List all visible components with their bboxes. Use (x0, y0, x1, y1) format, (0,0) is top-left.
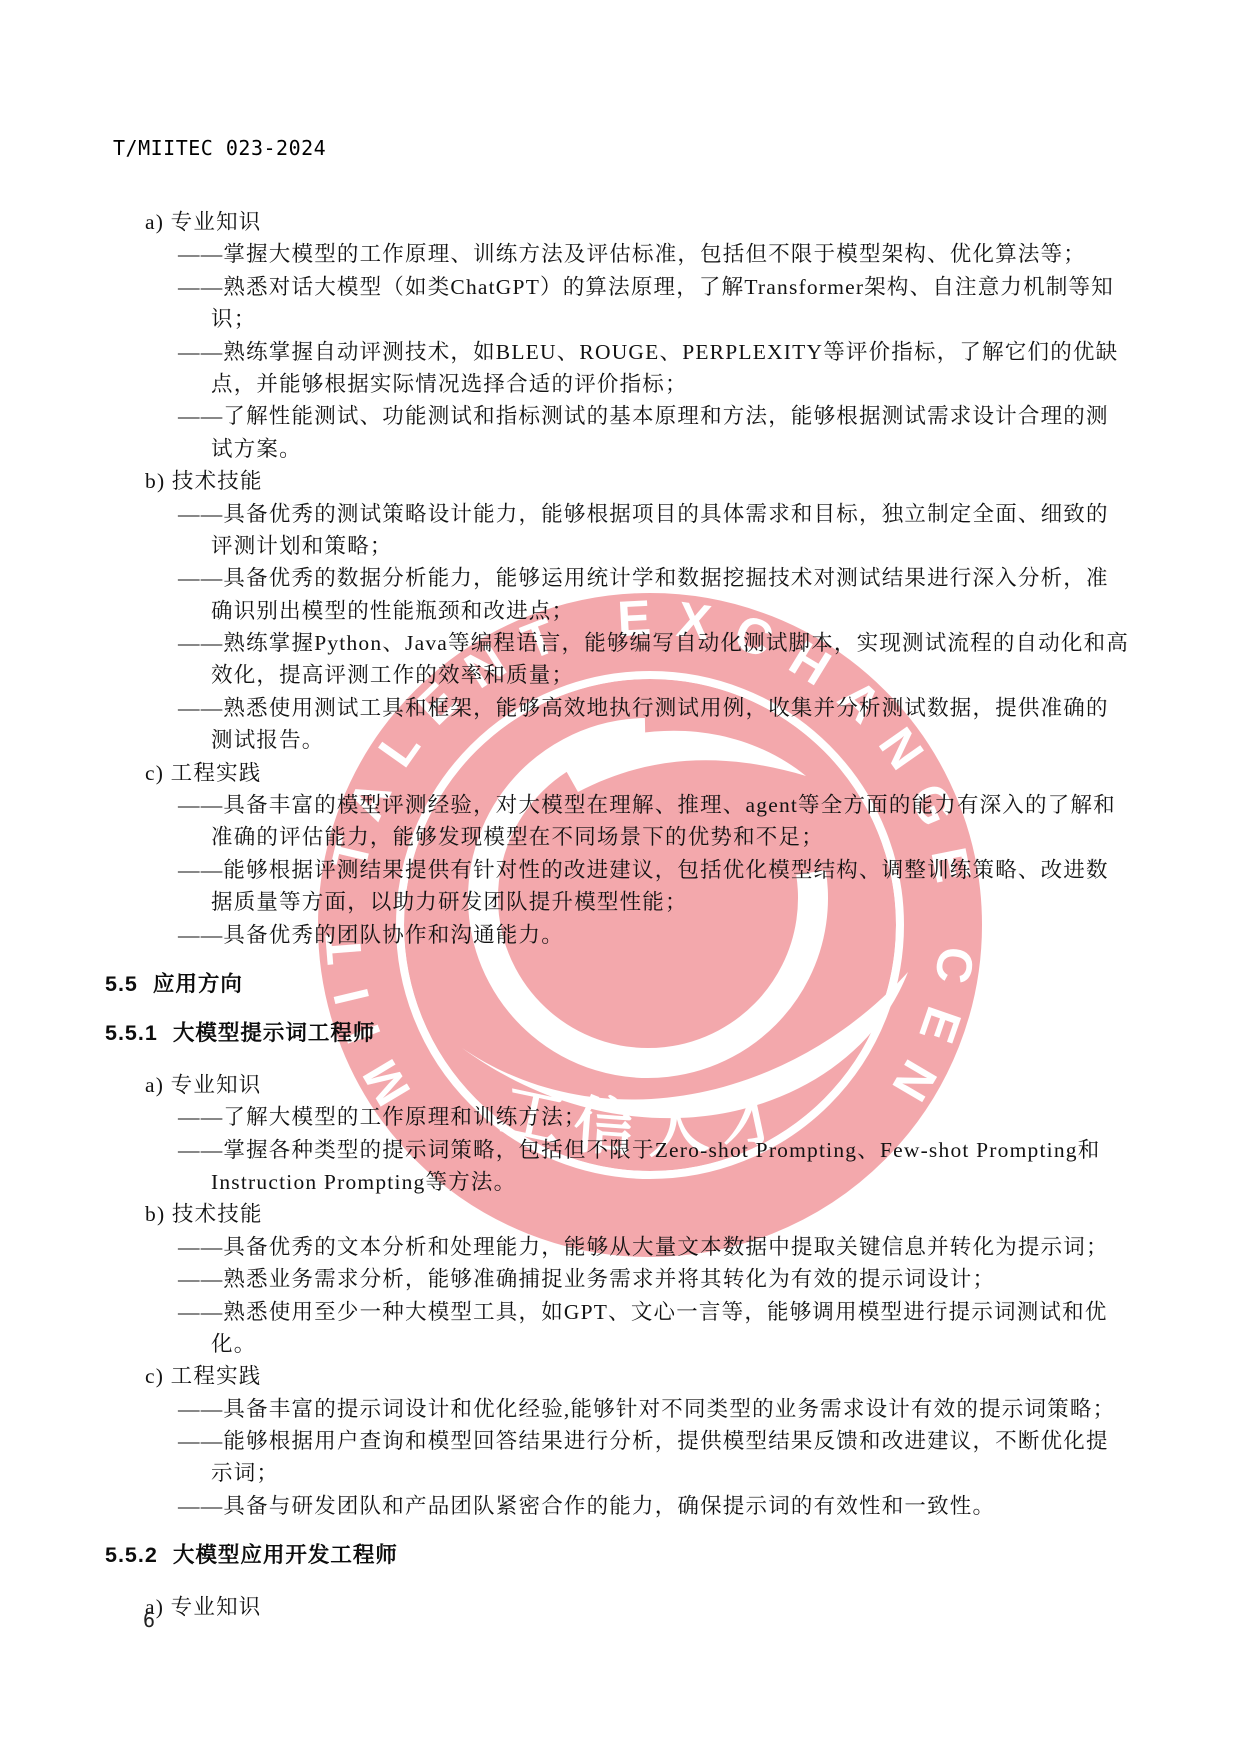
text-line: b) 技术技能 (0, 465, 1241, 497)
text-line: Instruction Prompting等方法。 (0, 1166, 1241, 1198)
text-line: ——熟练掌握自动评测技术，如BLEU、ROUGE、PERPLEXITY等评价指标… (0, 336, 1241, 368)
text-line: a) 专业知识 (0, 1591, 1241, 1623)
document-page: MIIT TALENT EXCHANGE CENTER 工信人才 T/MIITE… (0, 0, 1241, 1754)
section-number: 5.5.1 (105, 1017, 158, 1049)
text-line: 准确的评估能力，能够发现模型在不同场景下的优势和不足； (0, 821, 1241, 853)
text-line: ——掌握大模型的工作原理、训练方法及评估标准，包括但不限于模型架构、优化算法等； (0, 238, 1241, 270)
text-line: ——掌握各种类型的提示词策略，包括但不限于Zero-shot Prompting… (0, 1134, 1241, 1166)
text-line: b) 技术技能 (0, 1198, 1241, 1230)
text-line: 效化，提高评测工作的效率和质量； (0, 659, 1241, 691)
text-line: ——具备优秀的测试策略设计能力，能够根据项目的具体需求和目标，独立制定全面、细致… (0, 498, 1241, 530)
text-line: ——熟悉对话大模型（如类ChatGPT）的算法原理，了解Transformer架… (0, 271, 1241, 303)
text-line: 点，并能够根据实际情况选择合适的评价指标； (0, 368, 1241, 400)
text-line: 测试报告。 (0, 724, 1241, 756)
text-line: ——了解大模型的工作原理和训练方法； (0, 1101, 1241, 1133)
document-body: a) 专业知识——掌握大模型的工作原理、训练方法及评估标准，包括但不限于模型架构… (0, 206, 1241, 1623)
text-line: ——具备与研发团队和产品团队紧密合作的能力，确保提示词的有效性和一致性。 (0, 1490, 1241, 1522)
text-line: 示词； (0, 1457, 1241, 1489)
text-line: ——具备丰富的模型评测经验，对大模型在理解、推理、agent等全方面的能力有深入… (0, 789, 1241, 821)
text-line: ——熟悉业务需求分析，能够准确捕捉业务需求并将其转化为有效的提示词设计； (0, 1263, 1241, 1295)
text-line: 试方案。 (0, 433, 1241, 465)
text-line: ——熟练掌握Python、Java等编程语言，能够编写自动化测试脚本，实现测试流… (0, 627, 1241, 659)
section-heading: 5.5.2大模型应用开发工程师 (0, 1539, 1241, 1571)
text-line: 识； (0, 303, 1241, 335)
text-line: a) 专业知识 (0, 1069, 1241, 1101)
text-line: ——具备优秀的团队协作和沟通能力。 (0, 919, 1241, 951)
text-line: ——具备优秀的文本分析和处理能力，能够从大量文本数据中提取关键信息并转化为提示词… (0, 1231, 1241, 1263)
text-line: ——熟悉使用至少一种大模型工具，如GPT、文心一言等，能够调用模型进行提示词测试… (0, 1296, 1241, 1328)
section-number: 5.5.2 (105, 1539, 158, 1571)
page-number: 6 (143, 1608, 155, 1632)
section-title: 大模型提示词工程师 (173, 1017, 376, 1049)
text-line: 确识别出模型的性能瓶颈和改进点； (0, 595, 1241, 627)
text-line: ——具备丰富的提示词设计和优化经验,能够针对不同类型的业务需求设计有效的提示词策… (0, 1393, 1241, 1425)
text-line: ——具备优秀的数据分析能力，能够运用统计学和数据挖掘技术对测试结果进行深入分析，… (0, 562, 1241, 594)
section-heading: 5.5应用方向 (0, 968, 1241, 1000)
section-title: 大模型应用开发工程师 (173, 1539, 398, 1571)
text-line: c) 工程实践 (0, 757, 1241, 789)
section-heading: 5.5.1大模型提示词工程师 (0, 1017, 1241, 1049)
text-line: ——能够根据用户查询和模型回答结果进行分析，提供模型结果反馈和改进建议，不断优化… (0, 1425, 1241, 1457)
text-line: ——能够根据评测结果提供有针对性的改进建议，包括优化模型结构、调整训练策略、改进… (0, 854, 1241, 886)
text-line: 评测计划和策略； (0, 530, 1241, 562)
text-line: c) 工程实践 (0, 1360, 1241, 1392)
text-line: ——熟悉使用测试工具和框架，能够高效地执行测试用例，收集并分析测试数据，提供准确… (0, 692, 1241, 724)
text-line: ——了解性能测试、功能测试和指标测试的基本原理和方法，能够根据测试需求设计合理的… (0, 400, 1241, 432)
text-line: 据质量等方面，以助力研发团队提升模型性能； (0, 886, 1241, 918)
document-code-header: T/MIITEC 023-2024 (113, 136, 326, 160)
text-line: 化。 (0, 1328, 1241, 1360)
text-line: a) 专业知识 (0, 206, 1241, 238)
section-number: 5.5 (105, 968, 138, 1000)
section-title: 应用方向 (153, 968, 243, 1000)
